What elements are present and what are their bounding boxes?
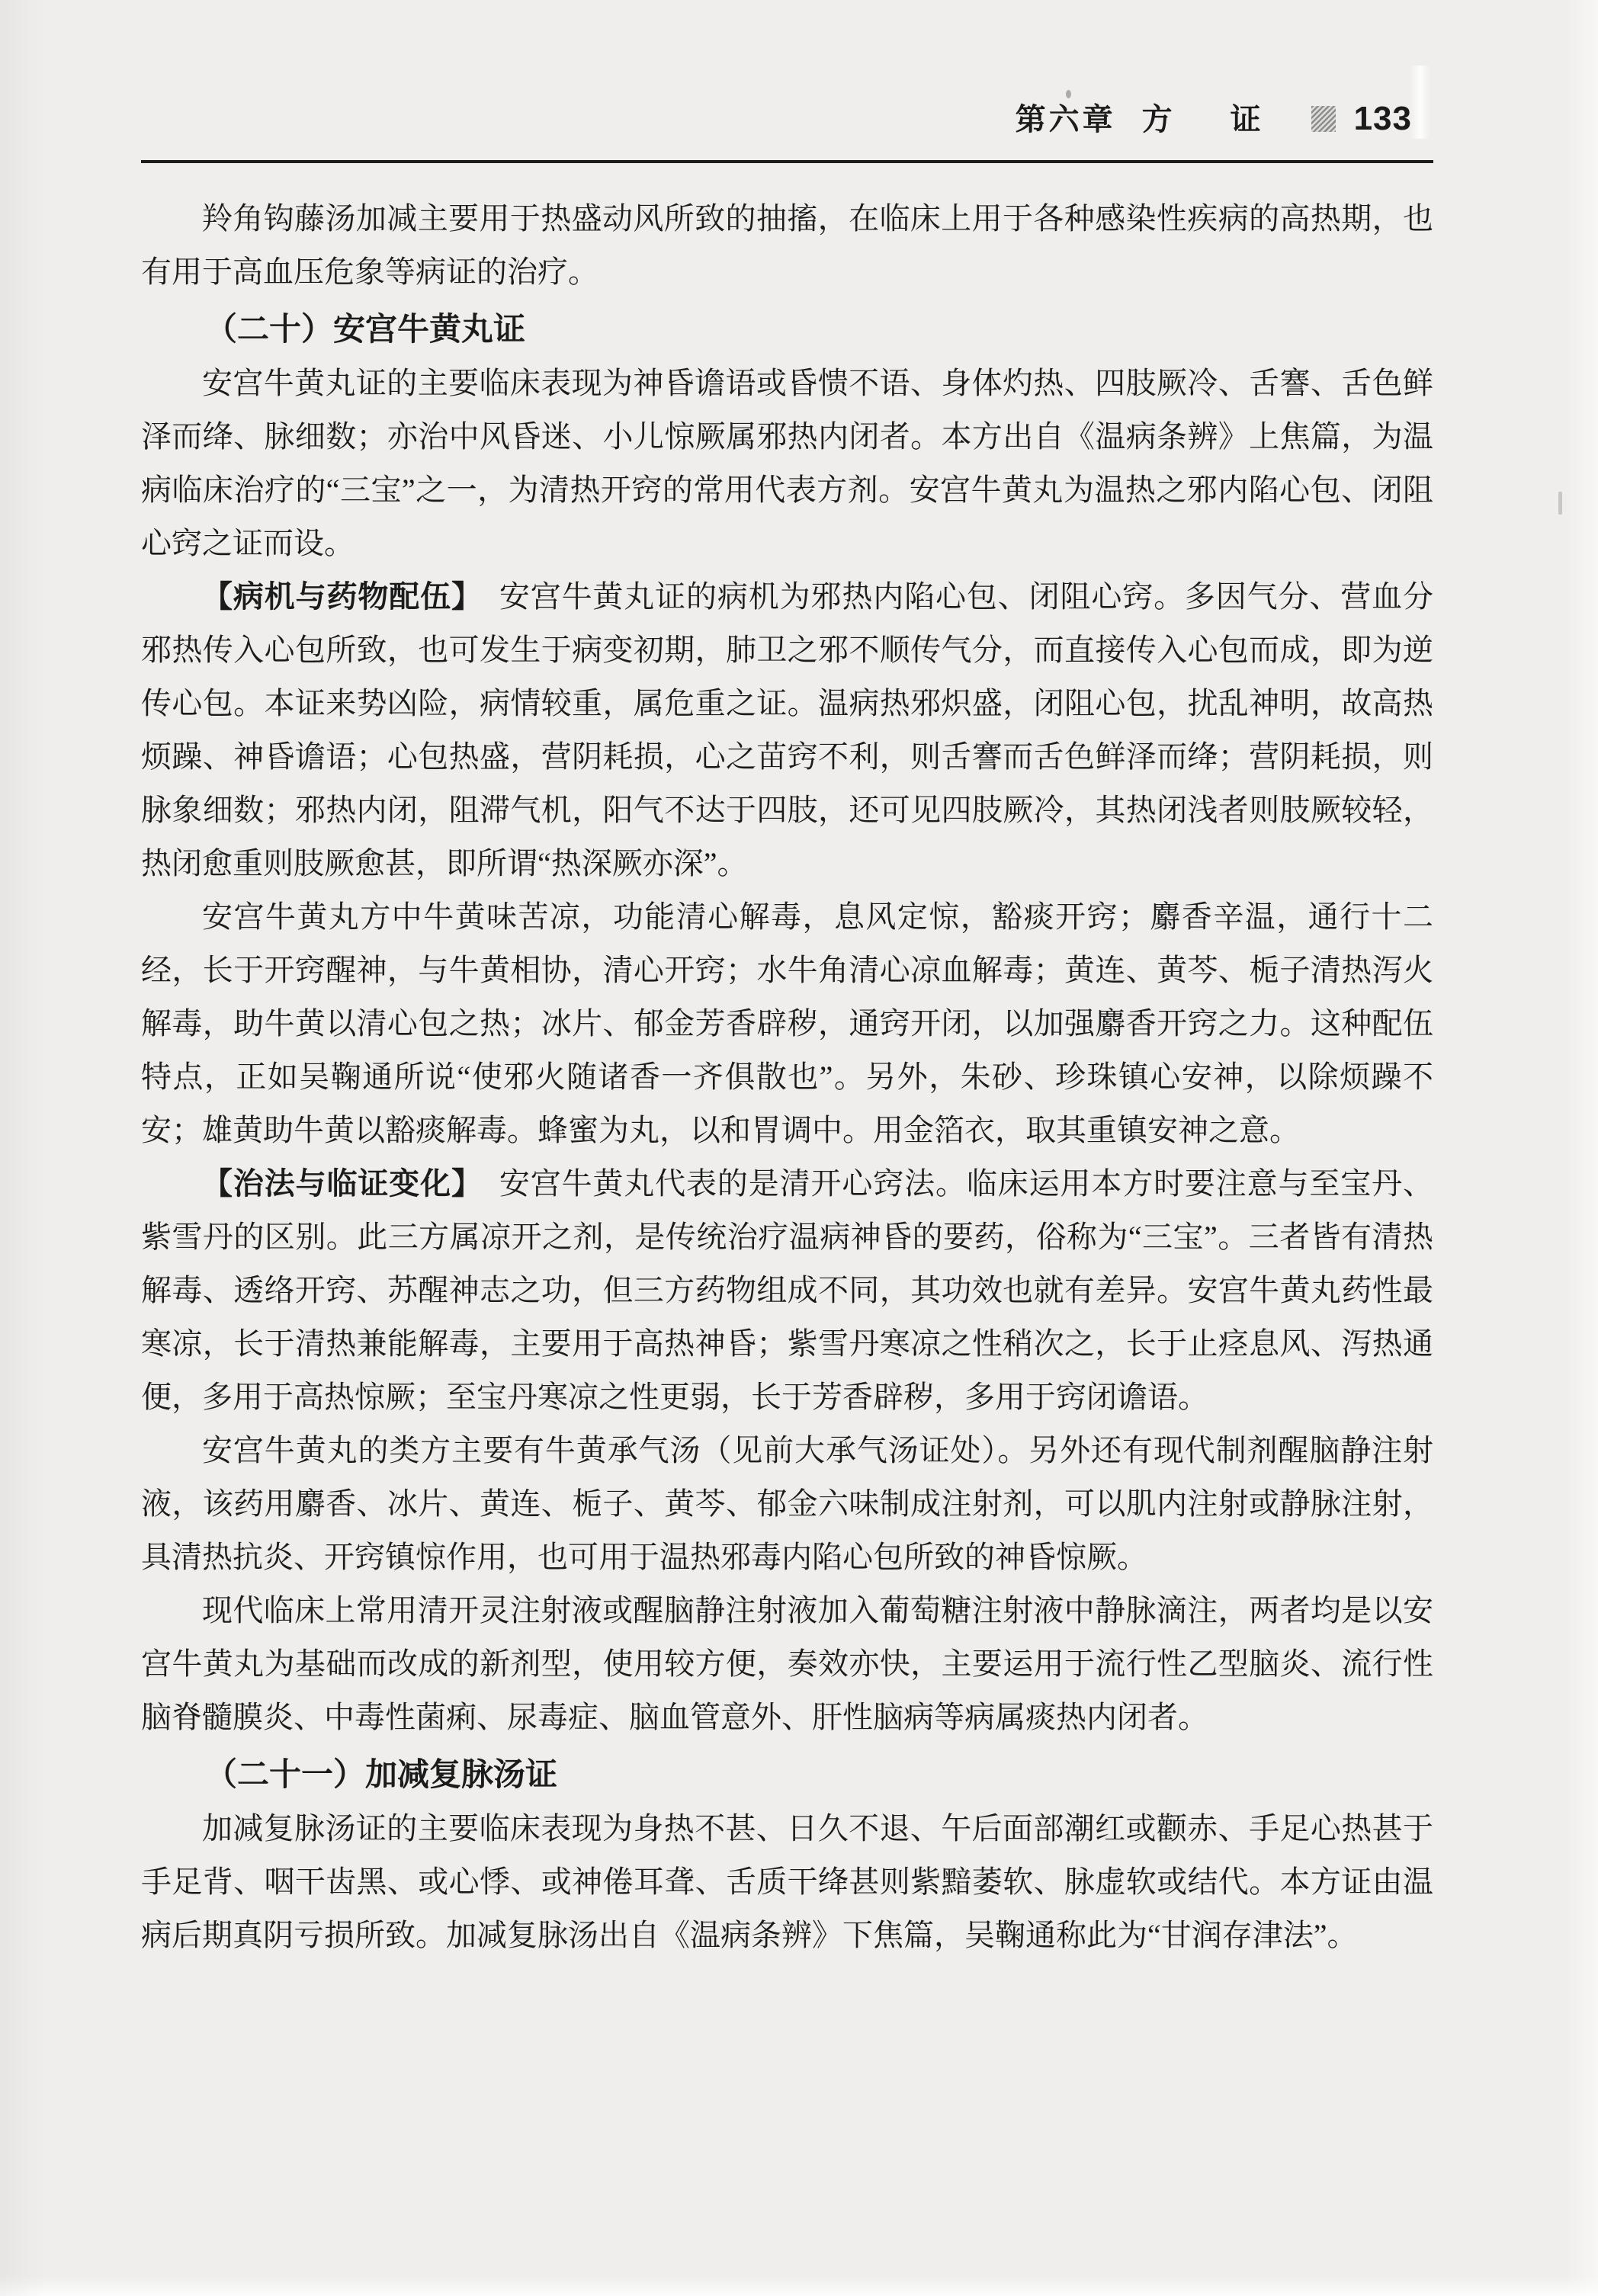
paragraph-text: 安宫牛黄丸的类方主要有牛黄承气汤（见前大承气汤证处）。另外还有现代制剂醒脑静注射… bbox=[141, 1433, 1433, 1574]
book-page: 第六章方证133 羚角钩藤汤加减主要用于热盛动风所致的抽搐，在临床上用于各种感染… bbox=[0, 0, 1598, 2296]
section-heading-21-jiajian-fumai: （二十一）加减复脉汤证 bbox=[141, 1747, 1433, 1802]
paragraph-label-bingji: 【病机与药物配伍】 bbox=[202, 580, 483, 614]
paragraph-text: 羚角钩藤汤加减主要用于热盛动风所致的抽搐，在临床上用于各种感染性疾病的高热期，也… bbox=[141, 201, 1433, 289]
paragraph-modern-clinical: 现代临床上常用清开灵注射液或醒脑静注射液加入葡萄糖注射液中静脉滴注，两者均是以安… bbox=[141, 1584, 1433, 1744]
paragraph-text: 安宫牛黄丸证的主要临床表现为神昏谵语或昏愦不语、身体灼热、四肢厥冷、舌謇、舌色鲜… bbox=[141, 366, 1433, 560]
paragraph-text: 安宫牛黄丸代表的是清开心窍法。临床运用本方时要注意与至宝丹、紫雪丹的区别。此三方… bbox=[141, 1166, 1433, 1414]
paragraph-label-zhifa: 【治法与临证变化】 bbox=[202, 1167, 483, 1201]
paragraph-text: 加减复脉汤证的主要临床表现为身热不甚、日久不退、午后面部潮红或颧赤、手足心热甚于… bbox=[141, 1811, 1433, 1952]
chapter-label: 第六章 bbox=[1016, 103, 1116, 136]
page-header: 第六章方证133 bbox=[141, 101, 1433, 145]
paragraph-text: 安宫牛黄丸方中牛黄味苦凉，功能清心解毒，息风定惊，豁痰开窍；麝香辛温，通行十二经… bbox=[141, 899, 1433, 1147]
paragraph-composition: 安宫牛黄丸方中牛黄味苦凉，功能清心解毒，息风定惊，豁痰开窍；麝香辛温，通行十二经… bbox=[141, 890, 1433, 1157]
hatched-square-icon bbox=[1311, 106, 1336, 132]
header-rule bbox=[141, 160, 1433, 163]
chapter-title-part1: 方 bbox=[1142, 103, 1173, 136]
paragraph-text: 现代临床上常用清开灵注射液或醒脑静注射液加入葡萄糖注射液中静脉滴注，两者均是以安… bbox=[141, 1593, 1433, 1734]
page-body: 羚角钩藤汤加减主要用于热盛动风所致的抽搐，在临床上用于各种感染性疾病的高热期，也… bbox=[141, 192, 1433, 1962]
paragraph-clinical-manifestations: 安宫牛黄丸证的主要临床表现为神昏谵语或昏愦不语、身体灼热、四肢厥冷、舌謇、舌色鲜… bbox=[141, 357, 1433, 570]
chapter-title-part2: 证 bbox=[1231, 103, 1261, 136]
scan-artifact-tick bbox=[1558, 492, 1562, 515]
paragraph-jiajian-fumai: 加减复脉汤证的主要临床表现为身热不甚、日久不退、午后面部潮红或颧赤、手足心热甚于… bbox=[141, 1802, 1433, 1962]
page-content: 第六章方证133 羚角钩藤汤加减主要用于热盛动风所致的抽搐，在临床上用于各种感染… bbox=[141, 0, 1433, 1962]
section-heading-20-angong-niuhuang: （二十）安宫牛黄丸证 bbox=[141, 302, 1433, 357]
paragraph-related-formulas: 安宫牛黄丸的类方主要有牛黄承气汤（见前大承气汤证处）。另外还有现代制剂醒脑静注射… bbox=[141, 1424, 1433, 1584]
paragraph-treatment-variation: 【治法与临证变化】安宫牛黄丸代表的是清开心窍法。临床运用本方时要注意与至宝丹、紫… bbox=[141, 1157, 1433, 1424]
paragraph-pathogenesis: 【病机与药物配伍】安宫牛黄丸证的病机为邪热内陷心包、闭阻心窍。多因气分、营血分邪… bbox=[141, 570, 1433, 890]
paragraph-lingjiao-gouteng: 羚角钩藤汤加减主要用于热盛动风所致的抽搐，在临床上用于各种感染性疾病的高热期，也… bbox=[141, 192, 1433, 299]
paragraph-text: 安宫牛黄丸证的病机为邪热内陷心包、闭阻心窍。多因气分、营血分邪热传入心包所致，也… bbox=[141, 579, 1433, 880]
page-number: 133 bbox=[1354, 100, 1412, 137]
